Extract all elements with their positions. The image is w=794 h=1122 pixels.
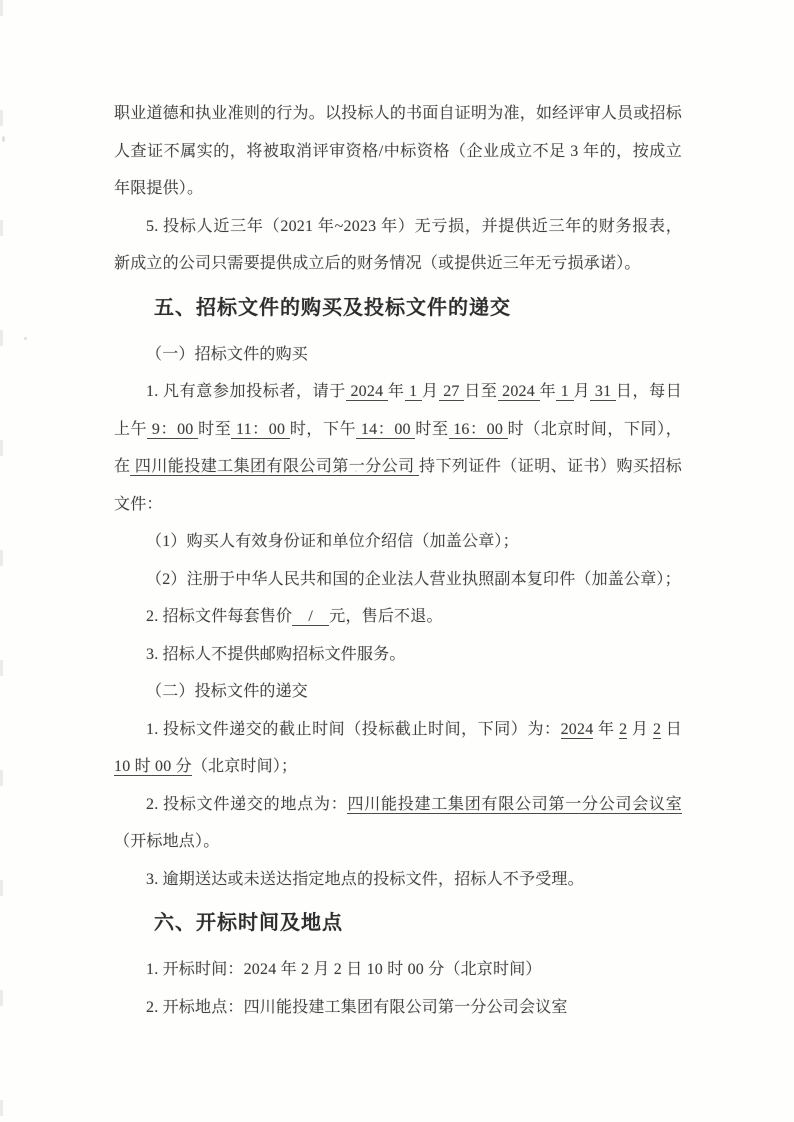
scan-edge-artifact: [0, 0, 3, 1122]
underlined-value: 1: [405, 383, 422, 401]
paragraph: 1. 投标文件递交的截止时间（投标截止时间，下同）为：2024 年 2 月 2 …: [114, 711, 682, 786]
text-run: 1. 开标时间：2024 年 2 月 2 日 10 时 00 分（北京时间）: [146, 961, 542, 978]
scan-speck: [2, 136, 5, 142]
paragraph: 职业道德和执业准则的行为。以投标人的书面自证明为准，如经评审人员或招标人查证不属…: [114, 95, 682, 208]
text-run: 月: [627, 721, 653, 738]
paragraph: 2. 投标文件递交的地点为：四川能投建工集团有限公司第一分公司会议室（开标地点）…: [114, 786, 682, 861]
underlined-value: 2024: [498, 383, 540, 401]
text-run: 元，售后不退。: [329, 608, 442, 625]
paragraph: （一）招标文件的购买: [114, 336, 682, 374]
scan-speck: [24, 337, 27, 340]
paragraph: 2. 开标地点：四川能投建工集团有限公司第一分公司会议室: [114, 989, 682, 1027]
underlined-value: 31: [590, 383, 616, 401]
underlined-value: 四川能投建工集团有限公司第一分公司: [130, 458, 419, 476]
text-run: （二）投标文件的递交: [146, 683, 308, 700]
text-run: 时至: [415, 421, 448, 438]
underlined-value: 四川能投建工集团有限公司第一分公司会议室: [347, 796, 682, 814]
text-run: 2. 开标地点：四川能投建工集团有限公司第一分公司会议室: [146, 999, 568, 1016]
paragraph: （二）投标文件的递交: [114, 673, 682, 711]
text-run: （开标地点）。: [114, 833, 219, 850]
text-run: 月: [574, 383, 591, 400]
paragraph: 1. 凡有意参加投标者，请于 2024 年 1 月 27 日至 2024 年 1…: [114, 373, 682, 523]
text-run: （2）注册于中华人民共和国的企业法人营业执照副本复印件（加盖公章）；: [146, 571, 681, 588]
text-run: （北京时间）；: [192, 758, 297, 775]
section-heading: 六、开标时间及地点: [114, 900, 682, 947]
text-run: 五、招标文件的购买及投标文件的递交: [154, 297, 511, 319]
underlined-value: 9：00: [147, 421, 198, 439]
text-run: 年: [388, 383, 405, 400]
text-run: 月: [422, 383, 439, 400]
text-run: （1）购买人有效身份证和单位介绍信（加盖公章）；: [146, 533, 519, 550]
underlined-value: /: [292, 608, 329, 626]
underlined-value: 2024: [346, 383, 388, 401]
underlined-value: 16：00: [449, 421, 508, 439]
paragraph: 1. 开标时间：2024 年 2 月 2 日 10 时 00 分（北京时间）: [114, 951, 682, 989]
text-run: 3. 招标人不提供邮购招标文件服务。: [146, 646, 406, 663]
text-run: 时，下午: [290, 421, 356, 438]
section-heading: 五、招标文件的购买及投标文件的递交: [114, 285, 682, 332]
paragraph: 5. 投标人近三年（2021 年~2023 年）无亏损，并提供近三年的财务报表，…: [114, 208, 682, 283]
text-run: 职业道德和执业准则的行为。以投标人的书面自证明为准，如经评审人员或招标人查证不属…: [114, 105, 682, 197]
text-run: （一）招标文件的购买: [146, 346, 308, 363]
underlined-value: 2024: [561, 721, 594, 739]
underlined-value: 2: [653, 721, 661, 739]
underlined-value: 1: [556, 383, 573, 401]
underlined-value: 27: [439, 383, 465, 401]
document-content: 职业道德和执业准则的行为。以投标人的书面自证明为准，如经评审人员或招标人查证不属…: [114, 95, 682, 1026]
text-run: 1. 凡有意参加投标者，请于: [146, 383, 346, 400]
paragraph: （2）注册于中华人民共和国的企业法人营业执照副本复印件（加盖公章）；: [114, 561, 682, 599]
text-run: 2. 投标文件递交的地点为：: [146, 796, 347, 813]
text-run: 日: [661, 721, 682, 738]
paragraph: 2. 招标文件每套售价 / 元，售后不退。: [114, 598, 682, 636]
text-run: 5. 投标人近三年（2021 年~2023 年）无亏损，并提供近三年的财务报表，…: [114, 218, 682, 273]
text-run: 1. 投标文件递交的截止时间（投标截止时间，下同）为：: [146, 721, 561, 738]
text-run: 2. 招标文件每套售价: [146, 608, 292, 625]
paragraph: 3. 招标人不提供邮购招标文件服务。: [114, 636, 682, 674]
text-run: 年: [593, 721, 619, 738]
paragraph: （1）购买人有效身份证和单位介绍信（加盖公章）；: [114, 523, 682, 561]
underlined-value: 10 时 00 分: [114, 758, 192, 776]
underlined-value: 11：00: [231, 421, 289, 439]
text-run: 六、开标时间及地点: [154, 912, 343, 934]
underlined-value: 14：00: [356, 421, 415, 439]
text-run: 3. 逾期送达或未送达指定地点的投标文件，招标人不予受理。: [146, 871, 584, 888]
text-run: 日至: [464, 383, 497, 400]
paragraph: 3. 逾期送达或未送达指定地点的投标文件，招标人不予受理。: [114, 861, 682, 899]
document-page: 职业道德和执业准则的行为。以投标人的书面自证明为准，如经评审人员或招标人查证不属…: [0, 0, 794, 1122]
text-run: 时至: [198, 421, 231, 438]
text-run: 年: [540, 383, 557, 400]
